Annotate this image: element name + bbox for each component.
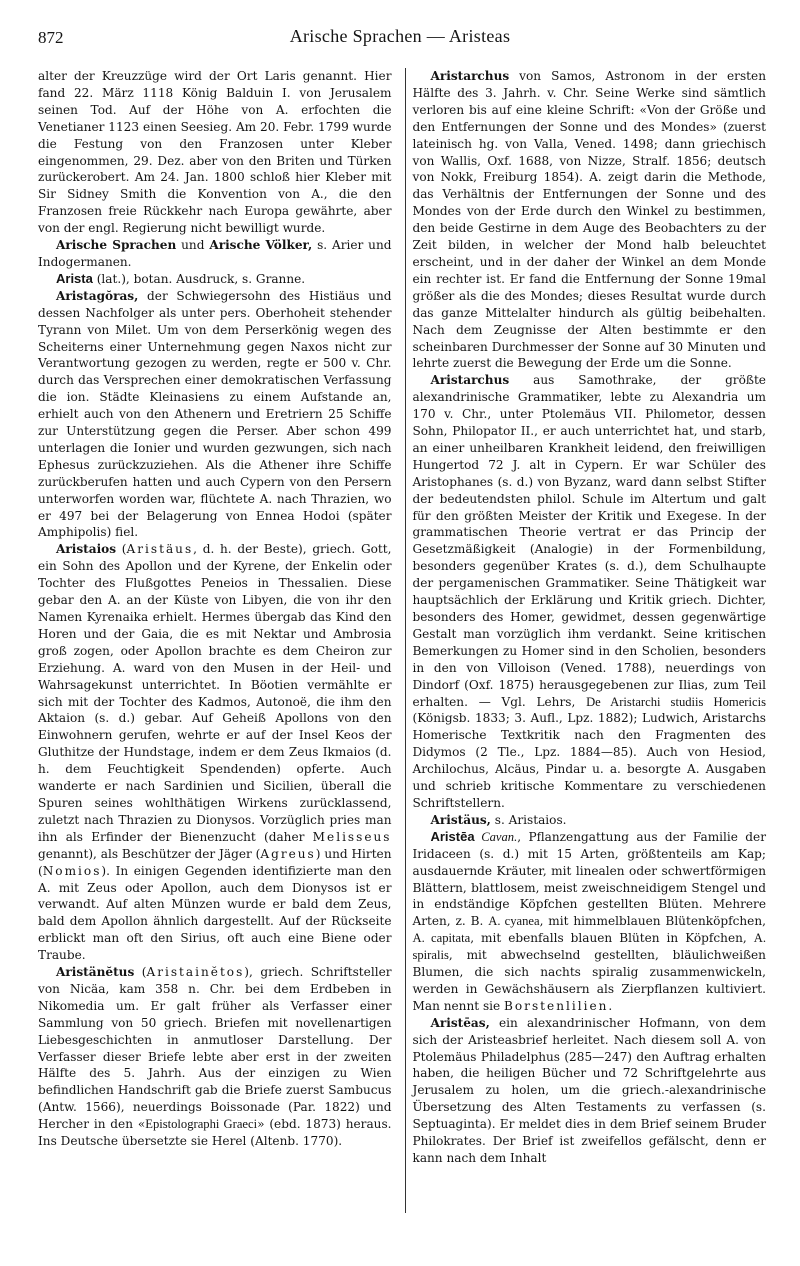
entry-text: aus Samothrake, der größte alexandrinisc… [412,373,766,708]
left-column: alter der Kreuzzüge wird der Ort Laris g… [38,68,399,1208]
cross-reference: (lat.), botan. Ausdruck, s. Granne. [93,272,305,286]
headword: Arista [56,271,93,286]
spaced-name: Borstenlilien [504,999,608,1013]
right-column: Aristarchus von Samos, Astronom in der e… [411,68,766,1208]
headword: Aristēa [430,829,474,844]
headword: Aristēas, [430,1016,489,1030]
species-name: A. cyanea [488,914,539,928]
spaced-name: Aristäus [127,542,194,556]
entry-text: ein alexandrinischer Hofmann, von dem si… [412,1016,766,1165]
headword: Aristänĕtus [56,965,134,979]
entry-text: und [176,238,209,252]
entry-arische-sprachen: Arische Sprachen und Arische Völker, s. … [38,237,392,271]
entry-text: , mit ebenfalls blauen Blüten in Köpfche… [470,931,754,945]
entry-text: von Samos, Astronom in der ersten Hälfte… [412,69,766,370]
spaced-name: Nomios [43,864,102,878]
latin-title: De Aristarchi studiis Homericis [586,695,766,709]
cross-reference: s. Aristaios. [491,813,567,827]
entry-text: , d. h. der Beste), griech. Gott, ein So… [38,542,392,843]
headword: Arische Völker, [209,238,312,252]
entry-text: ). In einigen Gegenden identifizierte ma… [38,864,392,963]
entry-text: , mit himmelblauen Blütenköpfchen, [540,914,766,928]
entry-aristaios: Aristaios (Aristäus, d. h. der Beste), g… [38,541,392,964]
entry-text: ( [116,542,126,556]
headword: Arische Sprachen [56,238,176,252]
entry-text: . [608,999,612,1013]
text-columns: alter der Kreuzzüge wird der Ort Laris g… [38,68,766,1208]
entry-aristea: Aristēa Cavan., Pflanzengattung aus der … [412,829,766,1015]
entry-text: genannt), als Beschützer der Jäger ( [38,847,260,861]
column-divider [405,68,406,1213]
entry-aristarchus-samothrake: Aristarchus aus Samothrake, der größte a… [412,372,766,812]
headword: Aristarchus [430,373,509,387]
species-name: A. capitata [412,931,470,945]
entry-text: (Königsb. 1833; 3. Aufl., Lpz. 1882); Lu… [412,711,766,810]
entry-aristaeus: Aristäus, s. Aristaios. [412,812,766,829]
latin-title: Epistolographi Graeci [145,1117,257,1131]
headword: Aristagŏras, [56,289,138,303]
running-title: Arische Sprachen — Aristeas [0,26,800,47]
entry-aristarchus-samos: Aristarchus von Samos, Astronom in der e… [412,68,766,372]
entry-text: ), griech. Schriftsteller von Nicäa, kam… [38,965,392,1131]
entry-text: der Schwiegersohn des Histiäus und desse… [38,289,392,540]
entry-text: ( [134,965,146,979]
headword: Aristäus, [430,813,490,827]
author-abbrev: Cavan. [475,830,518,844]
spaced-name: Melisseus [313,830,392,844]
entry-arista: Arista (lat.), botan. Ausdruck, s. Grann… [38,271,392,288]
headword: Aristaios [56,542,116,556]
headword: Aristarchus [430,69,509,83]
entry-aristaenetus: Aristänĕtus (Aristainĕtos), griech. Schr… [38,964,392,1150]
spaced-name: Agreus [260,847,315,861]
spaced-name: Aristainĕtos [146,965,244,979]
entry-aristagoras: Aristagŏras, der Schwiegersohn des Histi… [38,288,392,542]
entry-aristeas: Aristēas, ein alexandrinischer Hofmann, … [412,1015,766,1167]
continued-paragraph: alter der Kreuzzüge wird der Ort Laris g… [38,68,392,237]
